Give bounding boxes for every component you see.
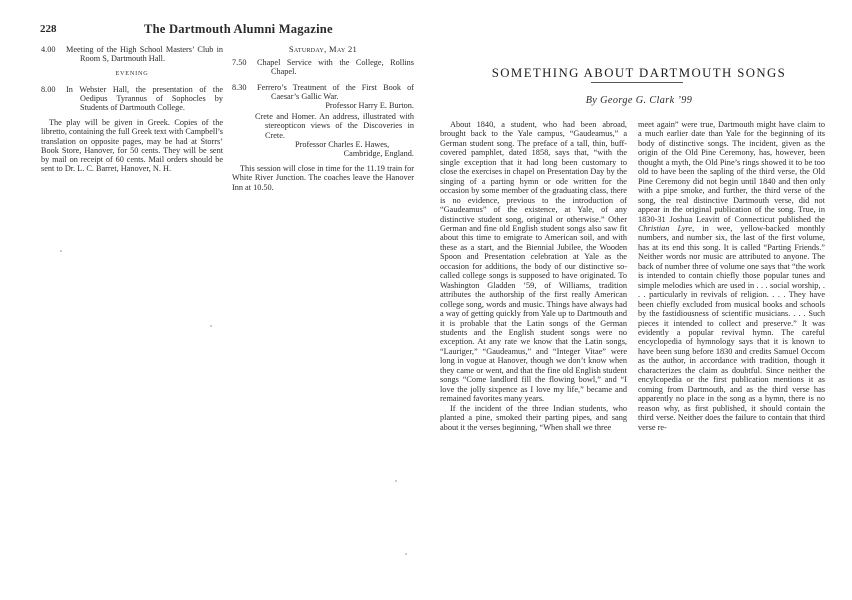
entry-text: Ferrero’s Treatment of the First Book of… xyxy=(257,83,414,101)
article-paragraph: If the incident of the three Indian stud… xyxy=(440,404,627,432)
schedule-column-right: Saturday, May 21 7.50 Chapel Service wit… xyxy=(232,45,414,192)
article-paragraph: meet again” were true, Dartmouth might h… xyxy=(638,120,825,432)
entry-description: In Webster Hall, the presentation of the… xyxy=(62,85,223,113)
speaker-credit: Professor Charles E. Hawes, xyxy=(265,140,414,149)
entry-time: 8.00 xyxy=(41,85,62,113)
paragraph-text: meet again” were true, Dartmouth might h… xyxy=(638,120,825,224)
scan-speck xyxy=(395,480,397,482)
article-byline: By George G. Clark ’99 xyxy=(426,95,852,106)
page-number: 228 xyxy=(40,23,57,35)
speaker-affiliation: Cambridge, England. xyxy=(265,149,414,158)
title-divider xyxy=(591,82,683,83)
play-note: The play will be given in Greek. Copies … xyxy=(41,118,223,173)
schedule-sub-entry: Crete and Homer. An address, illustrated… xyxy=(232,112,414,158)
entry-time: 4.00 xyxy=(41,45,62,63)
paragraph-text: , in wee, yellow-backed monthly numbers,… xyxy=(638,224,825,432)
session-note: This session will close in time for the … xyxy=(232,164,414,192)
left-page: 228 The Dartmouth Alumni Magazine 4.00 M… xyxy=(0,0,426,600)
schedule-entry: 4.00 Meeting of the High School Masters’… xyxy=(41,45,223,63)
entry-text: Crete and Homer. An address, illustrated… xyxy=(255,112,414,139)
entry-description: Meeting of the High School Masters’ Club… xyxy=(62,45,223,63)
right-page: SOMETHING ABOUT DARTMOUTH SONGS By Georg… xyxy=(426,0,852,600)
entry-description: Chapel Service with the College, Rollins… xyxy=(253,58,414,76)
entry-time: 7.50 xyxy=(232,58,253,76)
scan-speck xyxy=(405,553,407,555)
book-title: Christian Lyre xyxy=(638,224,692,233)
article-column-2: meet again” were true, Dartmouth might h… xyxy=(638,120,825,432)
schedule-entry: 8.00 In Webster Hall, the presentation o… xyxy=(41,85,223,113)
schedule-entry: 8.30 Ferrero’s Treatment of the First Bo… xyxy=(232,83,414,111)
article-column-1: About 1840, a student, who had been abro… xyxy=(440,120,627,432)
scan-speck xyxy=(210,325,212,327)
running-head: 228 The Dartmouth Alumni Magazine xyxy=(40,23,412,37)
speaker-credit: Professor Harry E. Burton. xyxy=(271,101,414,110)
entry-description: Ferrero’s Treatment of the First Book of… xyxy=(253,83,414,111)
article-paragraph: About 1840, a student, who had been abro… xyxy=(440,120,627,404)
scan-speck xyxy=(60,250,62,252)
day-heading: Saturday, May 21 xyxy=(232,45,414,54)
entry-time: 8.30 xyxy=(232,83,253,111)
magazine-title: The Dartmouth Alumni Magazine xyxy=(144,22,333,37)
schedule-column-left: 4.00 Meeting of the High School Masters’… xyxy=(41,45,223,173)
schedule-entry: 7.50 Chapel Service with the College, Ro… xyxy=(232,58,414,76)
article-title: SOMETHING ABOUT DARTMOUTH SONGS xyxy=(426,66,852,81)
section-heading-evening: EVENING xyxy=(41,69,223,78)
